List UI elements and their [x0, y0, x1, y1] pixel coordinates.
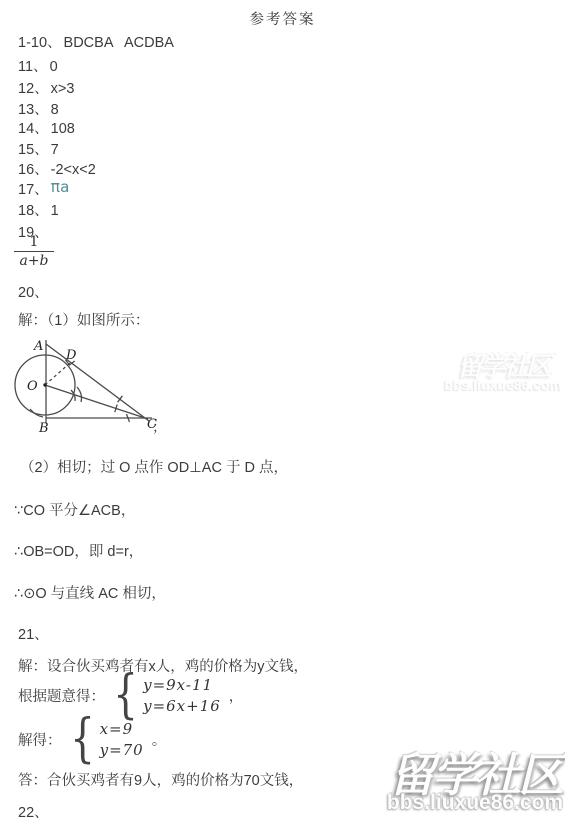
answer-row-14: 14、108	[18, 117, 75, 138]
question-20-label: 20、	[18, 281, 49, 302]
page-title: 参考答案	[0, 8, 565, 29]
system-1-label: 根据题意得：	[18, 685, 105, 706]
answer-number: 13、	[18, 102, 49, 118]
equation-1: y=9x-11	[143, 676, 221, 694]
question-22-label: 22、	[18, 801, 49, 822]
q20-solution-intro: 解：（1）如图所示：	[18, 309, 149, 330]
watermark-bottom: 留学社区 bbs.liuxue86.com	[385, 750, 565, 815]
question-21-label: 21、	[18, 623, 49, 644]
answer-number: 15、	[18, 142, 49, 158]
left-brace: {	[70, 716, 95, 762]
q20-step-3: ∴OB=OD，即 d=r，	[14, 540, 143, 561]
label-A: A	[33, 339, 43, 354]
answer-number: 16、	[18, 162, 49, 178]
answer-value: 7	[51, 142, 59, 158]
label-B: B	[38, 421, 49, 436]
system-2-label: 解得：	[18, 729, 62, 750]
fraction-numerator: 1	[14, 234, 54, 251]
answer-row-18: 18、1	[18, 199, 59, 220]
q20-step-4: ∴⊙O 与直线 AC 相切，	[14, 582, 166, 603]
answer-row-15: 15、7	[18, 138, 59, 159]
answer-value: x>3	[51, 81, 75, 97]
answer-number: 12、	[18, 81, 49, 97]
answer-number: 14、	[18, 121, 49, 137]
q21-equation-system-2: 解得： { x=9 y=70 。	[18, 716, 166, 762]
answer-row-13: 13、8	[18, 98, 59, 119]
label-D: D	[65, 348, 77, 363]
answer-number: 17、	[18, 182, 49, 198]
answer-number: 18、	[18, 203, 49, 219]
q20-step-1: （2）相切；过 O 点作 OD⊥AC 于 D 点，	[20, 456, 288, 477]
answer-row-17: 17、πa	[18, 178, 69, 199]
arc-mark-1	[77, 387, 82, 402]
label-O: O	[27, 379, 38, 394]
watermark-mid: 留学社区 bbs.liuxue86.com	[443, 352, 563, 393]
fraction-denominator: a+b	[14, 251, 54, 269]
answer-value: BDCBA ACDBA	[64, 35, 174, 51]
answer-row-12: 12、x>3	[18, 77, 74, 98]
equation-2: y=6x+16	[143, 697, 221, 715]
answer-value: 1	[51, 203, 59, 219]
q21-answer-sentence: 答：合伙买鸡者有9人，鸡的价格为70文钱，	[18, 769, 303, 790]
fraction-formula: 1 a+b	[14, 234, 54, 269]
answer-row-16: 16、-2<x<2	[18, 158, 96, 179]
answer-value: 108	[51, 121, 75, 137]
answer-value: -2<x<2	[51, 162, 96, 178]
watermark-url-text: bbs.liuxue86.com	[443, 377, 563, 393]
system-1-suffix: ，	[229, 685, 244, 706]
solution-x: x=9	[100, 720, 144, 738]
solution-y: y=70	[100, 741, 144, 759]
q20-step-2: ∵CO 平分∠ACB，	[14, 499, 135, 520]
arc-mark-near-B	[30, 409, 43, 417]
answer-row-11: 11、0	[18, 55, 58, 76]
left-brace: {	[113, 672, 138, 718]
answer-value: 0	[50, 59, 58, 75]
dashed-line-OD	[45, 363, 70, 385]
answer-row-1-10: 1-10、BDCBA ACDBA	[18, 31, 174, 52]
math-formula-pi-a: πa	[51, 178, 70, 196]
answer-number: 1-10、	[18, 35, 62, 51]
center-point-O	[43, 383, 46, 386]
figure-suffix-semicolon: ；	[152, 416, 167, 437]
answer-number: 11、	[18, 59, 48, 75]
answer-value: 8	[51, 102, 59, 118]
q21-equation-system-1: 根据题意得： { y=9x-11 y=6x+16 ，	[18, 672, 243, 718]
watermark-url-text: bbs.liuxue86.com	[385, 791, 565, 815]
system-2-suffix: 。	[152, 729, 167, 750]
line-OC	[45, 385, 148, 419]
